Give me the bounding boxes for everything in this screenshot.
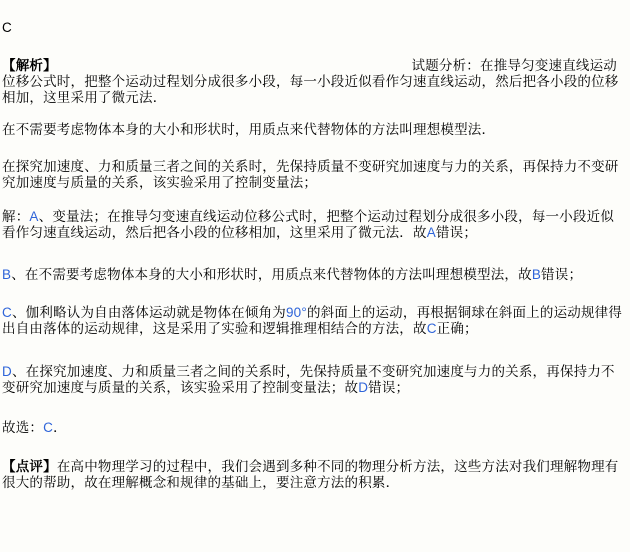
text-segment: C [2,20,12,35]
text-segment: 位移公式时，把整个运动过程划分成很多小段，每一小段近似看作匀速直线运动，然后把各… [2,74,619,89]
text-line: C [2,20,617,36]
text-segment: 、伽利略认为自由落体运动就是物体在倾角为 [12,305,286,320]
text-line: 故选：C． [2,420,617,436]
text-line: 位移公式时，把整个运动过程划分成很多小段，每一小段近似看作匀速直线运动，然后把各… [2,74,617,90]
option-b: B、在不需要考虑物体本身的大小和形状时，用质点来代替物体的方法叫理想模型法，故B… [2,267,617,283]
text-segment: 正确； [437,321,478,336]
text-segment: 错误； [368,380,409,395]
text-segment: 在高中物理学习的过程中，我们会遇到多种不同的物理分析方法，这些方法对我们理解物理… [57,459,619,474]
text-segment: 、变量法；在推导匀变速直线运动位移公式时，把整个运动过程划分成很多小段，每一小段… [39,209,614,224]
text-segment: 在探究加速度、力和质量三者之间的关系时，先保持质量不变研究加速度与力的关系，再保… [2,159,619,174]
accent-text: C [2,305,12,320]
text-line: B、在不需要考虑物体本身的大小和形状时，用质点来代替物体的方法叫理想模型法，故B… [2,267,617,283]
text-segment: 、在探究加速度、力和质量三者之间的关系时，先保持质量不变研究加速度与力的关系，再… [12,364,615,379]
accent-text: A [427,225,436,240]
option-a: 解：A、变量法；在推导匀变速直线运动位移公式时，把整个运动过程划分成很多小段，每… [2,209,617,241]
line-left: 【解析】 [2,58,57,74]
text-segment: ． [53,420,67,435]
text-segment: 出自由落体的运动规律，这是采用了实验和逻辑推理相结合的方法，故 [2,321,427,336]
accent-text: 90° [286,305,307,320]
text-line: 【解析】试题分析：在推导匀变速直线运动 [2,58,617,74]
text-segment: 相加，这里采用了微元法． [2,90,166,105]
text-segment: 变研究加速度与质量的关系，该实验采用了控制变量法；故 [2,380,358,395]
ideal-model: 在不需要考虑物体本身的大小和形状时，用质点来代替物体的方法叫理想模型法． [2,122,617,138]
text-segment: 、在不需要考虑物体本身的大小和形状时，用质点来代替物体的方法叫理想模型法，故 [11,267,532,282]
text-line: 看作匀速直线运动，然后把各小段的位移相加，这里采用了微元法．故A错误； [2,225,617,241]
line-right: 试题分析：在推导匀变速直线运动 [412,58,618,74]
accent-text: C [43,420,53,435]
text-segment: 看作匀速直线运动，然后把各小段的位移相加，这里采用了微元法．故 [2,225,427,240]
option-d: D、在探究加速度、力和质量三者之间的关系时，先保持质量不变研究加速度与力的关系，… [2,364,617,396]
text-segment: 究加速度与质量的关系，该实验采用了控制变量法； [2,175,317,190]
option-c: C、伽利略认为自由落体运动就是物体在倾角为90°的斜面上的运动，再根据铜球在斜面… [2,305,617,337]
section-label: 【点评】 [2,459,57,474]
text-line: 变研究加速度与质量的关系，该实验采用了控制变量法；故D错误； [2,380,617,396]
text-segment: 错误； [541,267,582,282]
text-segment: 故选： [2,420,43,435]
text-segment: 试题分析：在推导匀变速直线运动 [412,58,618,73]
text-line: 很大的帮助，故在理解概念和规律的基础上，要注意方法的积累． [2,475,617,491]
text-line: 在不需要考虑物体本身的大小和形状时，用质点来代替物体的方法叫理想模型法． [2,122,617,138]
text-segment: 在不需要考虑物体本身的大小和形状时，用质点来代替物体的方法叫理想模型法． [2,122,495,137]
accent-text: D [358,380,368,395]
accent-text: D [2,364,12,379]
accent-text: B [532,267,541,282]
text-line: D、在探究加速度、力和质量三者之间的关系时，先保持质量不变研究加速度与力的关系，… [2,364,617,380]
control-variable: 在探究加速度、力和质量三者之间的关系时，先保持质量不变研究加速度与力的关系，再保… [2,159,617,191]
text-segment: 很大的帮助，故在理解概念和规律的基础上，要注意方法的积累． [2,475,399,490]
document-body: C【解析】试题分析：在推导匀变速直线运动位移公式时，把整个运动过程划分成很多小段… [0,0,630,552]
text-line: C、伽利略认为自由落体运动就是物体在倾角为90°的斜面上的运动，再根据铜球在斜面… [2,305,617,321]
text-line: 在探究加速度、力和质量三者之间的关系时，先保持质量不变研究加速度与力的关系，再保… [2,159,617,175]
accent-text: C [427,321,437,336]
text-line: 相加，这里采用了微元法． [2,90,617,106]
answer: C [2,20,617,36]
conclusion: 故选：C． [2,420,617,436]
accent-text: A [29,209,38,224]
comment: 【点评】在高中物理学习的过程中，我们会遇到多种不同的物理分析方法，这些方法对我们… [2,459,617,491]
text-line: 【点评】在高中物理学习的过程中，我们会遇到多种不同的物理分析方法，这些方法对我们… [2,459,617,475]
analysis: 【解析】试题分析：在推导匀变速直线运动位移公式时，把整个运动过程划分成很多小段，… [2,58,617,106]
text-line: 出自由落体的运动规律，这是采用了实验和逻辑推理相结合的方法，故C正确； [2,321,617,337]
section-label: 【解析】 [2,58,57,73]
text-segment: 的斜面上的运动，再根据铜球在斜面上的运动规律得 [307,305,622,320]
text-line: 究加速度与质量的关系，该实验采用了控制变量法； [2,175,617,191]
text-segment: 解： [2,209,29,224]
accent-text: B [2,267,11,282]
text-line: 解：A、变量法；在推导匀变速直线运动位移公式时，把整个运动过程划分成很多小段，每… [2,209,617,225]
text-segment: 错误； [436,225,477,240]
